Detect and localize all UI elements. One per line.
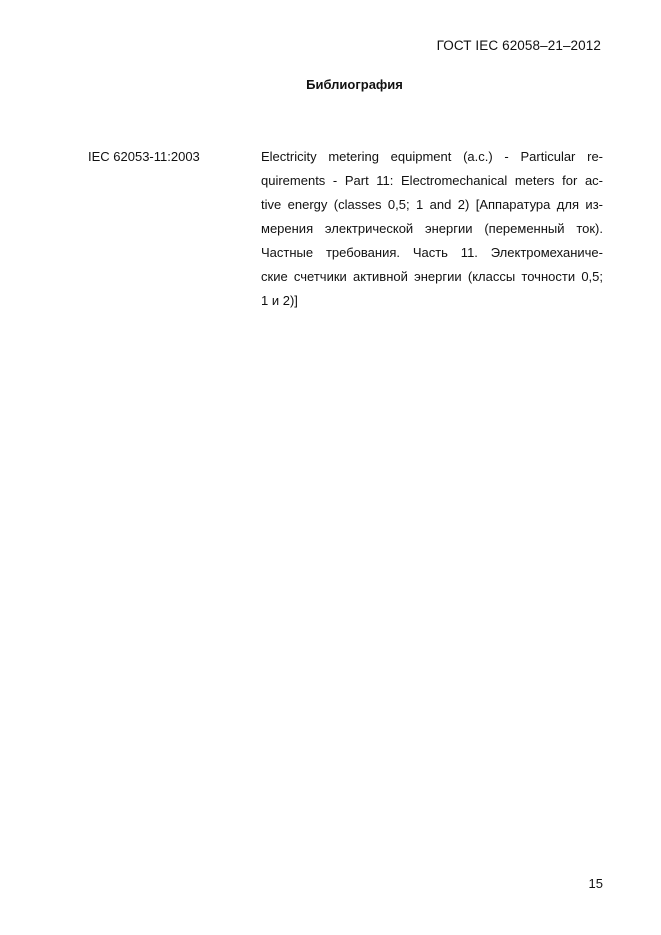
description-line: Частные требования. Часть 11. Электромех… — [261, 241, 603, 265]
description-line: мерения электрической энергии (переменны… — [261, 217, 603, 241]
bibliography-reference: IEC 62053-11:2003 — [88, 145, 200, 169]
description-line: 1 и 2)] — [261, 289, 603, 313]
page-number: 15 — [589, 876, 603, 891]
document-code-header: ГОСТ IEC 62058–21–2012 — [437, 38, 601, 53]
bibliography-description: Electricity metering equipment (a.c.) - … — [261, 145, 603, 313]
description-line: Electricity metering equipment (a.c.) - … — [261, 145, 603, 169]
section-title: Библиография — [0, 77, 661, 92]
description-line: tive energy (classes 0,5; 1 and 2) [Аппа… — [261, 193, 603, 217]
description-line: ские счетчики активной энергии (классы т… — [261, 265, 603, 289]
description-line: quirements - Part 11: Electromechanical … — [261, 169, 603, 193]
